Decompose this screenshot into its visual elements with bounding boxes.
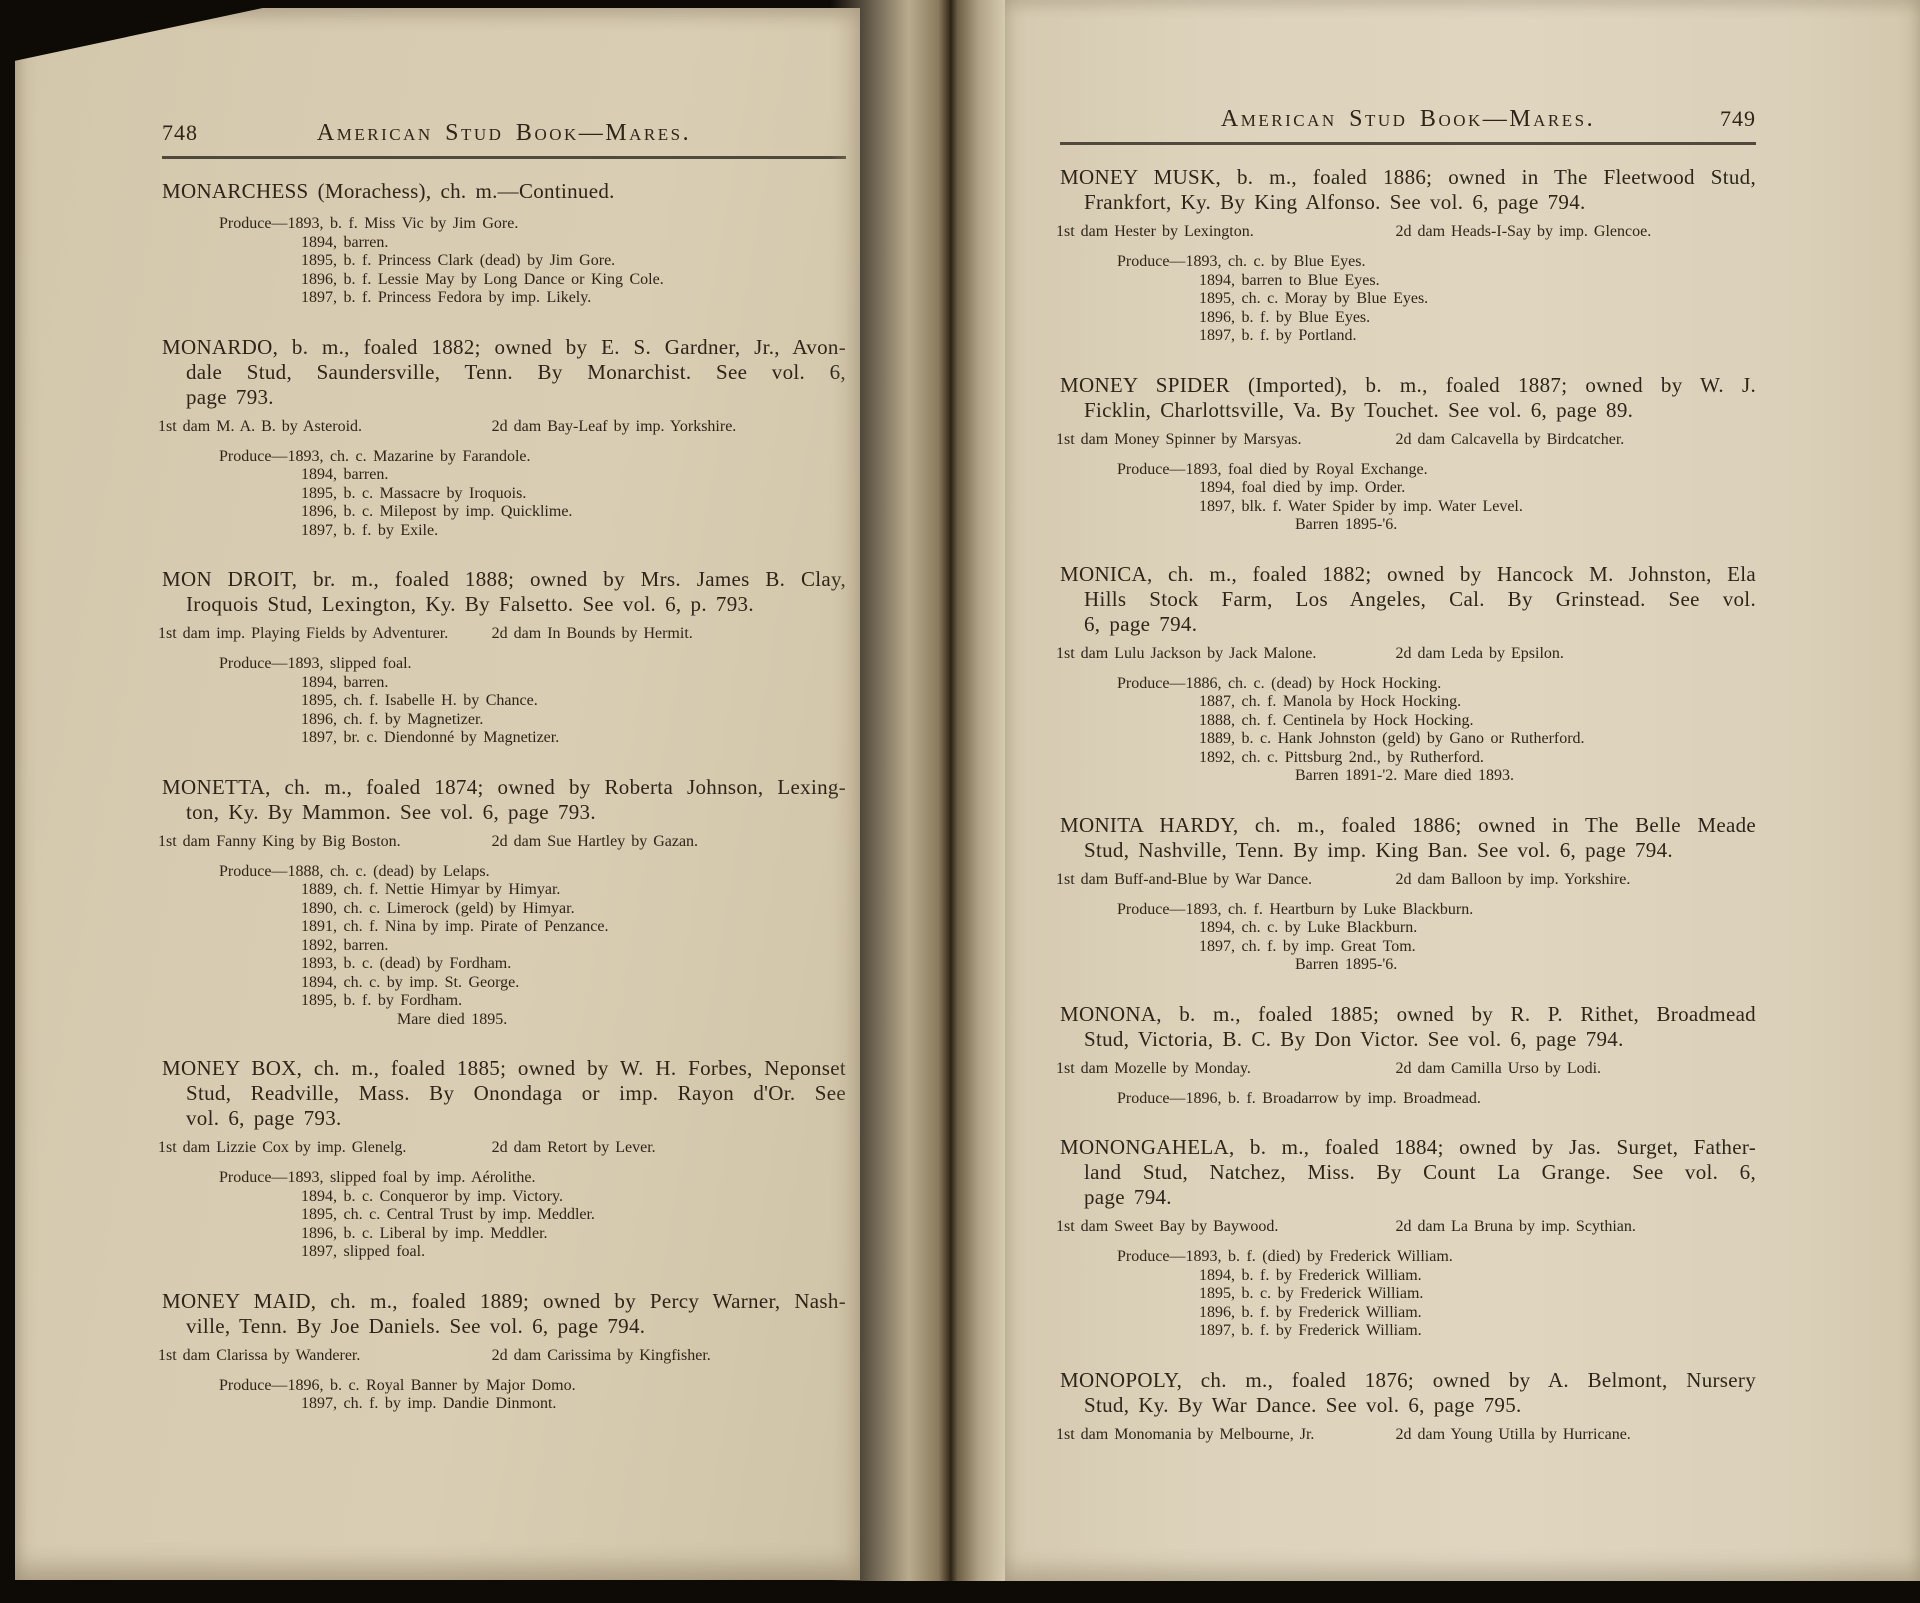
produce-item: 1895, ch. f. Isabelle H. by Chance. bbox=[301, 692, 846, 711]
produce-item: 1892, ch. c. Pittsburg 2nd., by Rutherfo… bbox=[1199, 749, 1756, 768]
produce-item: 1896, b. c. Milepost by imp. Quicklime. bbox=[301, 503, 846, 522]
produce-item: 1894, barren. bbox=[301, 674, 846, 693]
page-number-left: 748 bbox=[162, 120, 250, 146]
dam-line: 1st dam Clarissa by Wanderer.2d dam Cari… bbox=[158, 1346, 846, 1366]
produce-item: 1888, ch. c. (dead) by Lelaps. bbox=[287, 863, 489, 880]
produce-item: 1893, foal died by Royal Exchange. bbox=[1185, 461, 1427, 478]
first-dam: 1st dam Monomania by Melbourne, Jr. bbox=[1056, 1425, 1396, 1445]
produce-item: 1894, ch. c. by Luke Blackburn. bbox=[1199, 919, 1756, 938]
produce-item: 1894, barren. bbox=[301, 234, 846, 253]
stud-entry: MONEY SPIDER (Imported), b. m., foaled 1… bbox=[1060, 373, 1756, 535]
first-dam: 1st dam Lulu Jackson by Jack Malone. bbox=[1056, 644, 1396, 664]
produce-label: Produce— bbox=[1117, 1248, 1185, 1265]
second-dam: 2d dam Heads-I-Say by imp. Glencoe. bbox=[1396, 222, 1757, 242]
produce-label: Produce— bbox=[1117, 461, 1185, 478]
produce-note: Barren 1891-'2. Mare died 1893. bbox=[1295, 767, 1756, 786]
produce-item: 1889, b. c. Hank Johnston (geld) by Gano… bbox=[1199, 730, 1756, 749]
entry-head-line: Stud, Ky. By War Dance. See vol. 6, page… bbox=[1060, 1393, 1756, 1418]
dam-line: 1st dam Mozelle by Monday.2d dam Camilla… bbox=[1056, 1059, 1756, 1079]
entry-head-line: Hills Stock Farm, Los Angeles, Cal. By G… bbox=[1060, 587, 1756, 612]
produce-item: 1894, b. c. Conqueror by imp. Victory. bbox=[301, 1188, 846, 1207]
entry-head-line: Iroquois Stud, Lexington, Ky. By Falsett… bbox=[162, 592, 846, 617]
produce-item: 1895, b. c. Massacre by Iroquois. bbox=[301, 485, 846, 504]
entry-head-line: vol. 6, page 793. bbox=[162, 1106, 846, 1131]
stud-entry: MONONGAHELA, b. m., foaled 1884; owned b… bbox=[1060, 1135, 1756, 1341]
produce-item: 1897, ch. f. by imp. Dandie Dinmont. bbox=[301, 1395, 846, 1414]
produce-block: Produce—1888, ch. c. (dead) by Lelaps.18… bbox=[219, 863, 846, 1030]
first-dam: 1st dam Lizzie Cox by imp. Glenelg. bbox=[158, 1138, 492, 1158]
first-dam: 1st dam Hester by Lexington. bbox=[1056, 222, 1396, 242]
produce-note: Mare died 1895. bbox=[397, 1011, 846, 1030]
produce-block: Produce—1896, b. f. Broadarrow by imp. B… bbox=[1117, 1090, 1756, 1109]
second-dam: 2d dam Sue Hartley by Gazan. bbox=[492, 832, 846, 852]
running-title-left: American Stud Book—Mares. bbox=[250, 120, 758, 147]
entry-head-line: dale Stud, Saundersville, Tenn. By Monar… bbox=[162, 360, 846, 385]
second-dam: 2d dam Leda by Epsilon. bbox=[1396, 644, 1757, 664]
entry-head-line: MONOPOLY, ch. m., foaled 1876; owned by … bbox=[1060, 1368, 1756, 1393]
entry-head-line: Stud, Nashville, Tenn. By imp. King Ban.… bbox=[1060, 838, 1756, 863]
entries-left: MONARCHESS (Morachess), ch. m.—Continued… bbox=[162, 179, 846, 1414]
stud-entry: MONEY BOX, ch. m., foaled 1885; owned by… bbox=[162, 1056, 846, 1262]
produce-first-line: Produce—1893, b. f. (died) by Frederick … bbox=[1117, 1248, 1756, 1267]
produce-item: 1893, slipped foal. bbox=[287, 655, 411, 672]
entry-head-line: Stud, Readville, Mass. By Onondaga or im… bbox=[162, 1081, 846, 1106]
dam-line: 1st dam Fanny King by Big Boston.2d dam … bbox=[158, 832, 846, 852]
second-dam: 2d dam In Bounds by Hermit. bbox=[492, 624, 846, 644]
produce-label: Produce— bbox=[219, 448, 287, 465]
stud-entry: MONETTA, ch. m., foaled 1874; owned by R… bbox=[162, 775, 846, 1030]
produce-label: Produce— bbox=[1117, 675, 1185, 692]
produce-block: Produce—1893, ch. f. Heartburn by Luke B… bbox=[1117, 901, 1756, 975]
second-dam: 2d dam Calcavella by Birdcatcher. bbox=[1396, 430, 1757, 450]
second-dam: 2d dam Carissima by Kingfisher. bbox=[492, 1346, 846, 1366]
entry-head-line: MONARCHESS (Morachess), ch. m.—Continued… bbox=[162, 179, 846, 204]
entry-head-line: ville, Tenn. By Joe Daniels. See vol. 6,… bbox=[162, 1314, 846, 1339]
first-dam: 1st dam Sweet Bay by Baywood. bbox=[1056, 1217, 1396, 1237]
page-number-right: 749 bbox=[1668, 106, 1756, 132]
dam-line: 1st dam Lulu Jackson by Jack Malone.2d d… bbox=[1056, 644, 1756, 664]
produce-first-line: Produce—1893, foal died by Royal Exchang… bbox=[1117, 461, 1756, 480]
produce-item: 1897, br. c. Diendonné by Magnetizer. bbox=[301, 729, 846, 748]
produce-block: Produce—1893, ch. c. by Blue Eyes.1894, … bbox=[1117, 253, 1756, 346]
produce-block: Produce—1893, slipped foal by imp. Aérol… bbox=[219, 1169, 846, 1262]
first-dam: 1st dam M. A. B. by Asteroid. bbox=[158, 417, 492, 437]
dam-line: 1st dam Money Spinner by Marsyas.2d dam … bbox=[1056, 430, 1756, 450]
dam-line: 1st dam Hester by Lexington.2d dam Heads… bbox=[1056, 222, 1756, 242]
entry-head-line: Frankfort, Ky. By King Alfonso. See vol.… bbox=[1060, 190, 1756, 215]
entry-head-line: MONEY MAID, ch. m., foaled 1889; owned b… bbox=[162, 1289, 846, 1314]
dam-line: 1st dam Monomania by Melbourne, Jr.2d da… bbox=[1056, 1425, 1756, 1445]
second-dam: 2d dam Balloon by imp. Yorkshire. bbox=[1396, 870, 1757, 890]
first-dam: 1st dam Fanny King by Big Boston. bbox=[158, 832, 492, 852]
page-left: 748 American Stud Book—Mares. MONARCHESS… bbox=[15, 8, 860, 1580]
entry-head-line: MONITA HARDY, ch. m., foaled 1886; owned… bbox=[1060, 813, 1756, 838]
stud-entry: MON DROIT, br. m., foaled 1888; owned by… bbox=[162, 567, 846, 748]
produce-first-line: Produce—1896, b. f. Broadarrow by imp. B… bbox=[1117, 1090, 1756, 1109]
produce-item: 1893, ch. c. Mazarine by Farandole. bbox=[287, 448, 530, 465]
dam-line: 1st dam Sweet Bay by Baywood.2d dam La B… bbox=[1056, 1217, 1756, 1237]
page-right: American Stud Book—Mares. 749 MONEY MUSK… bbox=[1005, 0, 1920, 1581]
second-dam: 2d dam La Bruna by imp. Scythian. bbox=[1396, 1217, 1757, 1237]
produce-item: 1893, b. f. (died) by Frederick William. bbox=[1185, 1248, 1452, 1265]
produce-label: Produce— bbox=[219, 655, 287, 672]
produce-item: 1893, b. f. Miss Vic by Jim Gore. bbox=[287, 215, 518, 232]
produce-label: Produce— bbox=[219, 1377, 287, 1394]
produce-label: Produce— bbox=[1117, 1090, 1185, 1107]
produce-item: 1895, ch. c. Moray by Blue Eyes. bbox=[1199, 290, 1756, 309]
produce-first-line: Produce—1893, ch. c. Mazarine by Farando… bbox=[219, 448, 846, 467]
produce-item: 1894, barren. bbox=[301, 466, 846, 485]
entry-head-line: MONEY SPIDER (Imported), b. m., foaled 1… bbox=[1060, 373, 1756, 398]
produce-item: 1897, ch. f. by imp. Great Tom. bbox=[1199, 938, 1756, 957]
produce-note: Barren 1895-'6. bbox=[1295, 956, 1756, 975]
produce-label: Produce— bbox=[219, 215, 287, 232]
header-rule-left bbox=[162, 156, 846, 159]
produce-item: 1896, b. c. Liberal by imp. Meddler. bbox=[301, 1225, 846, 1244]
produce-item: 1897, blk. f. Water Spider by imp. Water… bbox=[1199, 498, 1756, 517]
produce-item: 1890, ch. c. Limerock (geld) by Himyar. bbox=[301, 900, 846, 919]
dam-line: 1st dam Buff-and-Blue by War Dance.2d da… bbox=[1056, 870, 1756, 890]
entry-head-line: MONETTA, ch. m., foaled 1874; owned by R… bbox=[162, 775, 846, 800]
produce-item: 1892, barren. bbox=[301, 937, 846, 956]
entries-right: MONEY MUSK, b. m., foaled 1886; owned in… bbox=[1060, 165, 1756, 1445]
produce-first-line: Produce—1893, slipped foal. bbox=[219, 655, 846, 674]
second-dam: 2d dam Camilla Urso by Lodi. bbox=[1396, 1059, 1757, 1079]
entry-head-line: MONICA, ch. m., foaled 1882; owned by Ha… bbox=[1060, 562, 1756, 587]
produce-item: 1894, foal died by imp. Order. bbox=[1199, 479, 1756, 498]
entry-head-line: MONEY MUSK, b. m., foaled 1886; owned in… bbox=[1060, 165, 1756, 190]
produce-item: 1897, b. f. by Portland. bbox=[1199, 327, 1756, 346]
entry-head-line: MONONGAHELA, b. m., foaled 1884; owned b… bbox=[1060, 1135, 1756, 1160]
page-header-left: 748 American Stud Book—Mares. bbox=[162, 120, 846, 147]
entry-head-line: MONEY BOX, ch. m., foaled 1885; owned by… bbox=[162, 1056, 846, 1081]
second-dam: 2d dam Retort by Lever. bbox=[492, 1138, 846, 1158]
produce-label: Produce— bbox=[219, 863, 287, 880]
produce-item: 1891, ch. f. Nina by imp. Pirate of Penz… bbox=[301, 918, 846, 937]
entry-head-line: ton, Ky. By Mammon. See vol. 6, page 793… bbox=[162, 800, 846, 825]
second-dam: 2d dam Young Utilla by Hurricane. bbox=[1396, 1425, 1757, 1445]
dam-line: 1st dam M. A. B. by Asteroid.2d dam Bay-… bbox=[158, 417, 846, 437]
entry-head-line: page 794. bbox=[1060, 1185, 1756, 1210]
first-dam: 1st dam Buff-and-Blue by War Dance. bbox=[1056, 870, 1396, 890]
entry-head-line: MONARDO, b. m., foaled 1882; owned by E.… bbox=[162, 335, 846, 360]
stud-entry: MONEY MAID, ch. m., foaled 1889; owned b… bbox=[162, 1289, 846, 1414]
produce-block: Produce—1893, foal died by Royal Exchang… bbox=[1117, 461, 1756, 535]
produce-block: Produce—1893, b. f. Miss Vic by Jim Gore… bbox=[219, 215, 846, 308]
produce-first-line: Produce—1893, ch. f. Heartburn by Luke B… bbox=[1117, 901, 1756, 920]
produce-item: 1896, b. f. Lessie May by Long Dance or … bbox=[301, 271, 846, 290]
first-dam: 1st dam imp. Playing Fields by Adventure… bbox=[158, 624, 492, 644]
produce-item: 1887, ch. f. Manola by Hock Hocking. bbox=[1199, 693, 1756, 712]
produce-item: 1894, b. f. by Frederick William. bbox=[1199, 1267, 1756, 1286]
produce-item: 1895, ch. c. Central Trust by imp. Meddl… bbox=[301, 1206, 846, 1225]
entry-head-line: MON DROIT, br. m., foaled 1888; owned by… bbox=[162, 567, 846, 592]
book-gutter bbox=[830, 0, 1005, 1581]
second-dam: 2d dam Bay-Leaf by imp. Yorkshire. bbox=[492, 417, 846, 437]
produce-item: 1897, b. f. by Exile. bbox=[301, 522, 846, 541]
produce-first-line: Produce—1893, ch. c. by Blue Eyes. bbox=[1117, 253, 1756, 272]
produce-first-line: Produce—1886, ch. c. (dead) by Hock Hock… bbox=[1117, 675, 1756, 694]
produce-item: 1896, b. f. by Frederick William. bbox=[1199, 1304, 1756, 1323]
produce-block: Produce—1893, ch. c. Mazarine by Farando… bbox=[219, 448, 846, 541]
stud-entry: MONONA, b. m., foaled 1885; owned by R. … bbox=[1060, 1002, 1756, 1109]
entry-head-line: Stud, Victoria, B. C. By Don Victor. See… bbox=[1060, 1027, 1756, 1052]
produce-item: 1896, ch. f. by Magnetizer. bbox=[301, 711, 846, 730]
produce-first-line: Produce—1888, ch. c. (dead) by Lelaps. bbox=[219, 863, 846, 882]
produce-item: 1897, b. f. Princess Fedora by imp. Like… bbox=[301, 289, 846, 308]
entry-head-line: land Stud, Natchez, Miss. By Count La Gr… bbox=[1060, 1160, 1756, 1185]
produce-item: 1893, ch. f. Heartburn by Luke Blackburn… bbox=[1185, 901, 1473, 918]
produce-item: 1893, b. c. (dead) by Fordham. bbox=[301, 955, 846, 974]
produce-item: 1894, ch. c. by imp. St. George. bbox=[301, 974, 846, 993]
produce-label: Produce— bbox=[219, 1169, 287, 1186]
stud-entry: MONEY MUSK, b. m., foaled 1886; owned in… bbox=[1060, 165, 1756, 346]
dam-line: 1st dam Lizzie Cox by imp. Glenelg.2d da… bbox=[158, 1138, 846, 1158]
entry-head-line: 6, page 794. bbox=[1060, 612, 1756, 637]
entry-head-line: MONONA, b. m., foaled 1885; owned by R. … bbox=[1060, 1002, 1756, 1027]
stud-entry: MONICA, ch. m., foaled 1882; owned by Ha… bbox=[1060, 562, 1756, 786]
produce-block: Produce—1893, b. f. (died) by Frederick … bbox=[1117, 1248, 1756, 1341]
produce-first-line: Produce—1893, slipped foal by imp. Aérol… bbox=[219, 1169, 846, 1188]
produce-item: 1895, b. f. by Fordham. bbox=[301, 992, 846, 1011]
produce-block: Produce—1896, b. c. Royal Banner by Majo… bbox=[219, 1377, 846, 1414]
produce-block: Produce—1886, ch. c. (dead) by Hock Hock… bbox=[1117, 675, 1756, 786]
produce-note: Barren 1895-'6. bbox=[1295, 516, 1756, 535]
running-title-right: American Stud Book—Mares. bbox=[1148, 106, 1668, 133]
first-dam: 1st dam Money Spinner by Marsyas. bbox=[1056, 430, 1396, 450]
page-header-right: American Stud Book—Mares. 749 bbox=[1060, 106, 1756, 133]
produce-item: 1893, ch. c. by Blue Eyes. bbox=[1185, 253, 1365, 270]
stud-entry: MONARDO, b. m., foaled 1882; owned by E.… bbox=[162, 335, 846, 541]
first-dam: 1st dam Mozelle by Monday. bbox=[1056, 1059, 1396, 1079]
stud-entry: MONITA HARDY, ch. m., foaled 1886; owned… bbox=[1060, 813, 1756, 975]
dam-line: 1st dam imp. Playing Fields by Adventure… bbox=[158, 624, 846, 644]
produce-item: 1896, b. c. Royal Banner by Major Domo. bbox=[287, 1377, 575, 1394]
entry-head-line: Ficklin, Charlottsville, Va. By Touchet.… bbox=[1060, 398, 1756, 423]
produce-item: 1886, ch. c. (dead) by Hock Hocking. bbox=[1185, 675, 1441, 692]
produce-block: Produce—1893, slipped foal.1894, barren.… bbox=[219, 655, 846, 748]
produce-item: 1893, slipped foal by imp. Aérolithe. bbox=[287, 1169, 535, 1186]
stud-entry: MONARCHESS (Morachess), ch. m.—Continued… bbox=[162, 179, 846, 308]
first-dam: 1st dam Clarissa by Wanderer. bbox=[158, 1346, 492, 1366]
produce-item: 1888, ch. f. Centinela by Hock Hocking. bbox=[1199, 712, 1756, 731]
stud-entry: MONOPOLY, ch. m., foaled 1876; owned by … bbox=[1060, 1368, 1756, 1445]
produce-first-line: Produce—1893, b. f. Miss Vic by Jim Gore… bbox=[219, 215, 846, 234]
produce-item: 1889, ch. f. Nettie Himyar by Himyar. bbox=[301, 881, 846, 900]
produce-item: 1895, b. c. by Frederick William. bbox=[1199, 1285, 1756, 1304]
produce-item: 1896, b. f. by Blue Eyes. bbox=[1199, 309, 1756, 328]
header-rule-right bbox=[1060, 142, 1756, 145]
produce-item: 1897, slipped foal. bbox=[301, 1243, 846, 1262]
produce-item: 1896, b. f. Broadarrow by imp. Broadmead… bbox=[1185, 1090, 1480, 1107]
produce-label: Produce— bbox=[1117, 901, 1185, 918]
entry-head-line: page 793. bbox=[162, 385, 846, 410]
produce-item: 1895, b. f. Princess Clark (dead) by Jim… bbox=[301, 252, 846, 271]
produce-first-line: Produce—1896, b. c. Royal Banner by Majo… bbox=[219, 1377, 846, 1396]
produce-item: 1897, b. f. by Frederick William. bbox=[1199, 1322, 1756, 1341]
produce-item: 1894, barren to Blue Eyes. bbox=[1199, 272, 1756, 291]
produce-label: Produce— bbox=[1117, 253, 1185, 270]
